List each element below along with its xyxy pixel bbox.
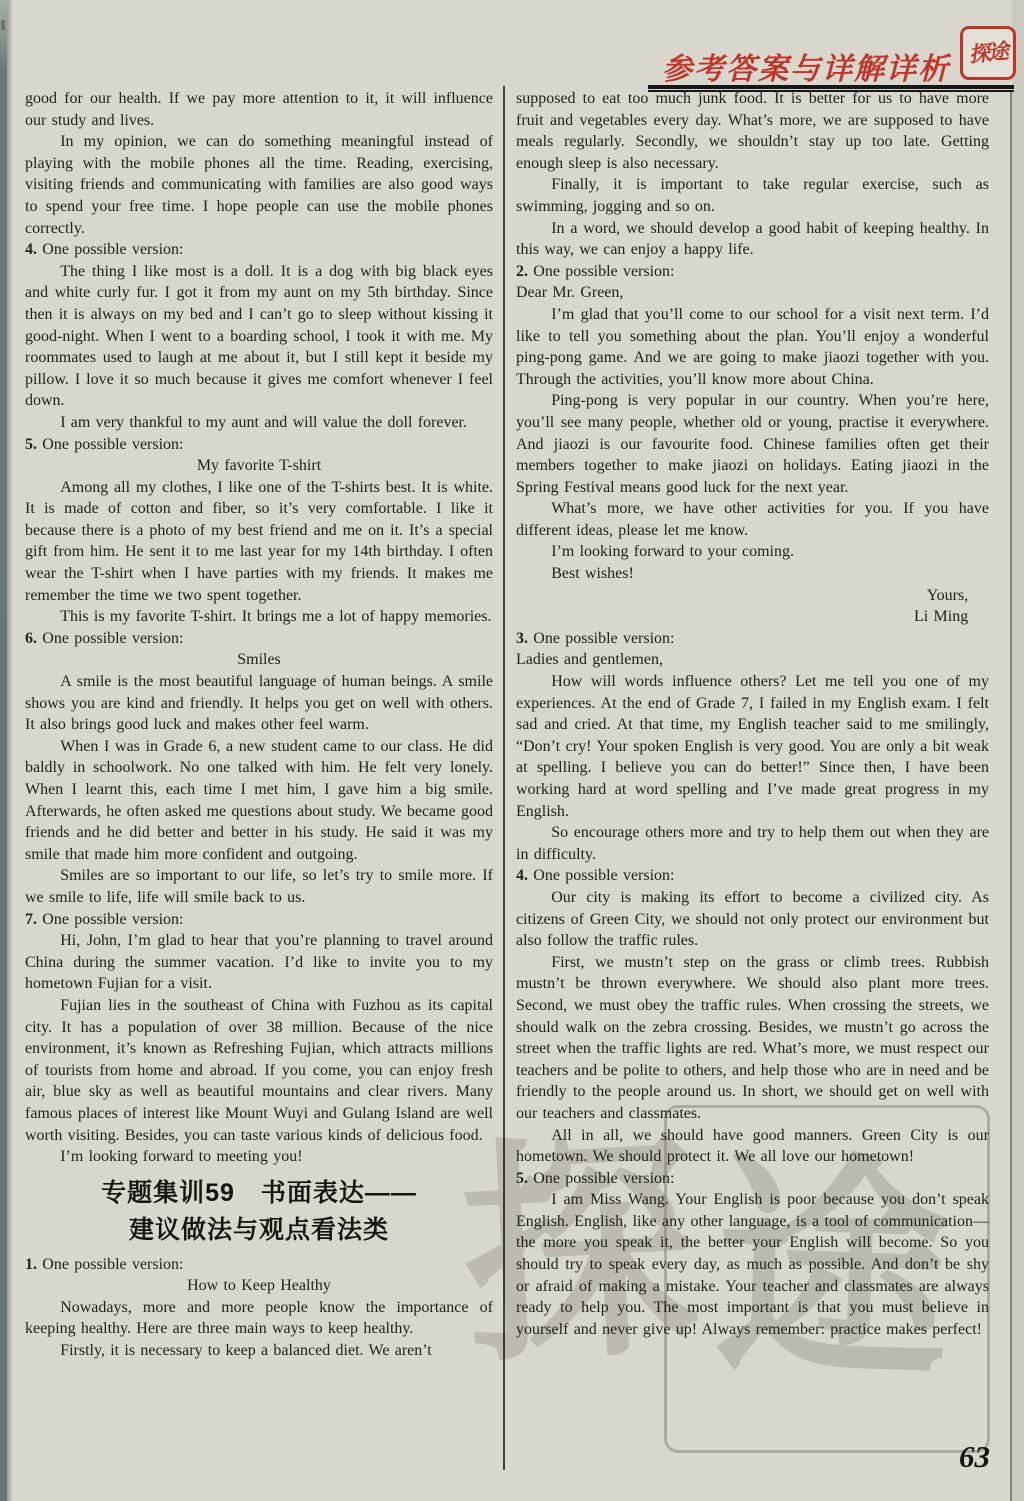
answer-item-number: 1.	[25, 1256, 37, 1273]
answer-item-number: 4.	[25, 241, 37, 258]
continued-paragraph: Ladies and gentlemen,	[516, 649, 989, 671]
answer-paragraph: Finally, it is important to take regular…	[516, 174, 989, 217]
answer-paragraph: Nowadays, more and more people know the …	[25, 1297, 493, 1340]
answer-paragraph: Hi, John, I’m glad to hear that you’re p…	[25, 930, 493, 995]
scan-speck	[1, 20, 5, 30]
answer-item-number: 3.	[516, 630, 528, 647]
answer-paragraph: How will words influence others? Let me …	[516, 671, 989, 822]
answer-paragraph: In my opinion, we can do something meani…	[25, 131, 493, 239]
answer-paragraph: Our city is making its effort to become …	[516, 887, 989, 952]
page-scan-edge-right-line	[1010, 92, 1012, 1501]
publisher-logo: 探途	[960, 26, 1016, 80]
answer-item-number: 5.	[516, 1170, 528, 1187]
answer-item-label: 6. One possible version:	[25, 628, 493, 650]
answer-item-label: 5. One possible version:	[25, 434, 493, 456]
essay-title: Smiles	[25, 649, 493, 671]
answer-item-number: 5.	[25, 436, 37, 453]
answer-item-label: 2. One possible version:	[516, 261, 989, 283]
essay-title: My favorite T-shirt	[25, 455, 493, 477]
section-heading-line: 专题集训59 书面表达——	[25, 1175, 493, 1212]
answer-paragraph: I’m looking forward to meeting you!	[25, 1146, 493, 1168]
continued-paragraph: supposed to eat too much junk food. It i…	[516, 88, 989, 174]
answer-item-label: 4. One possible version:	[25, 239, 493, 261]
answer-item-label: 1. One possible version:	[25, 1254, 493, 1276]
answer-paragraph: Firstly, it is necessary to keep a balan…	[25, 1340, 493, 1362]
continued-paragraph: Dear Mr. Green,	[516, 282, 989, 304]
answer-paragraph: When I was in Grade 6, a new student cam…	[25, 736, 493, 866]
letter-signature: Yours,	[516, 585, 989, 607]
answer-item-label: 5. One possible version:	[516, 1168, 989, 1190]
answer-paragraph: In a word, we should develop a good habi…	[516, 218, 989, 261]
answer-paragraph: Ping-pong is very popular in our country…	[516, 390, 989, 498]
answer-item-number: 4.	[516, 867, 528, 884]
answer-item-label: 7. One possible version:	[25, 909, 493, 931]
page-header-title: 参考答案与详解详析	[662, 44, 950, 88]
answer-paragraph: I’m glad that you’ll come to our school …	[516, 304, 989, 390]
page-number: 63	[959, 1439, 990, 1475]
answer-paragraph: What’s more, we have other activities fo…	[516, 498, 989, 541]
answer-paragraph: I’m looking forward to your coming.	[516, 541, 989, 563]
left-column: good for our health. If we pay more atte…	[25, 88, 493, 1362]
answer-paragraph: Smiles are so important to our life, so …	[25, 865, 493, 908]
answer-paragraph: I am Miss Wang. Your English is poor bec…	[516, 1189, 989, 1340]
answer-paragraph: Fujian lies in the southeast of China wi…	[25, 995, 493, 1146]
answer-paragraph: A smile is the most beautiful language o…	[25, 671, 493, 736]
answer-paragraph: I am very thankful to my aunt and will v…	[25, 412, 493, 434]
page-scan-edge-left-fade	[7, 0, 13, 1501]
answer-paragraph: So encourage others more and try to help…	[516, 822, 989, 865]
publisher-logo-text: 探途	[968, 41, 1008, 66]
letter-signature: Li Ming	[516, 606, 989, 628]
answer-item-number: 6.	[25, 630, 37, 647]
answer-item-number: 7.	[25, 911, 37, 928]
answer-paragraph: First, we mustn’t step on the grass or c…	[516, 952, 989, 1125]
answer-paragraph: This is my favorite T-shirt. It brings m…	[25, 606, 493, 628]
answer-item-label: 3. One possible version:	[516, 628, 989, 650]
answer-paragraph: The thing I like most is a doll. It is a…	[25, 261, 493, 412]
right-column: supposed to eat too much junk food. It i…	[516, 88, 989, 1340]
page-scan-edge-right	[1012, 0, 1024, 1501]
answer-paragraph: Among all my clothes, I like one of the …	[25, 477, 493, 607]
essay-title: How to Keep Healthy	[25, 1275, 493, 1297]
page-scan-edge-left	[0, 0, 7, 1501]
answer-paragraph: Best wishes!	[516, 563, 989, 585]
continued-paragraph: good for our health. If we pay more atte…	[25, 88, 493, 131]
answer-item-number: 2.	[516, 263, 528, 280]
section-heading: 专题集训59 书面表达——建议做法与观点看法类	[25, 1175, 493, 1249]
column-divider	[503, 86, 505, 1470]
answer-item-label: 4. One possible version:	[516, 865, 989, 887]
answer-paragraph: All in all, we should have good manners.…	[516, 1125, 989, 1168]
section-heading-line: 建议做法与观点看法类	[25, 1212, 493, 1249]
